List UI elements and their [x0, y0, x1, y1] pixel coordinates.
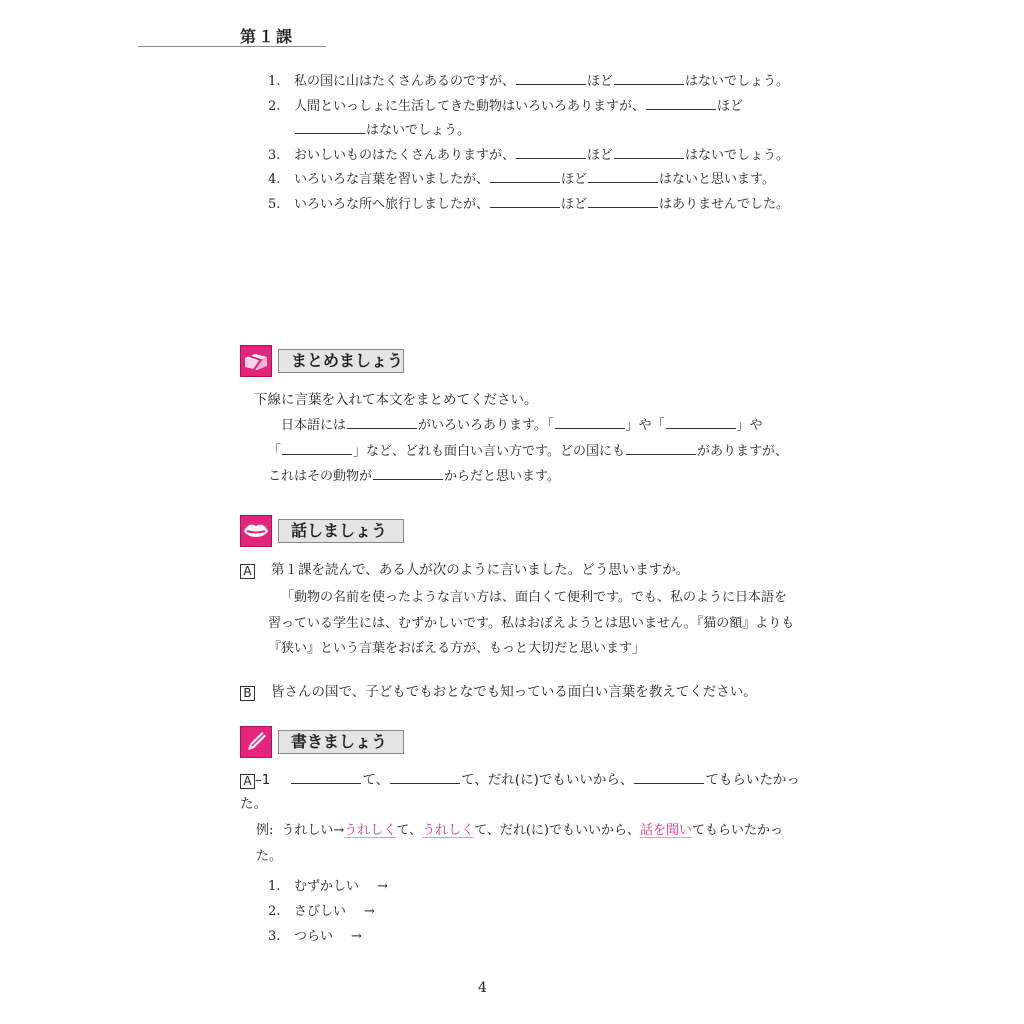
exercise-item: 4. いろいろな言葉を習いましたが、ほどはないと思います。 [268, 168, 798, 193]
write-items: 1.むずかしい→ 2.さびしい→ 3.つらい→ [268, 874, 388, 949]
exercise-list: 1. 私の国に山はたくさんあるのですが、ほどはないでしょう。 2. 人間といっし… [268, 70, 798, 217]
blank [646, 95, 716, 110]
speak-quote: 「動物の名前を使ったような言い方は、面白くて便利です。でも、私のように日本語を習… [268, 585, 796, 662]
label-a: A [240, 774, 255, 789]
text: はありませんでした。 [659, 197, 789, 212]
item-number: 3. [268, 144, 294, 169]
answer-text: 話を聞い [640, 823, 692, 838]
label-a: A [240, 564, 255, 579]
blank [588, 193, 658, 208]
text: ほど [561, 172, 587, 187]
text: はないでしょう。 [366, 123, 470, 138]
question-text: 第１課を読んで、ある人が次のように言いました。どう思いますか。 [271, 562, 689, 578]
blank [516, 70, 586, 85]
blank [588, 168, 658, 183]
item-number: 5. [268, 193, 294, 218]
lesson-title: 第１課 [240, 24, 294, 47]
text: おいしいものはたくさんありますが、 [294, 148, 515, 163]
text: ほど [717, 99, 743, 114]
section-title: 話しましょう [278, 519, 404, 543]
text: はないでしょう。 [685, 148, 789, 163]
exercise-item: 3. おいしいものはたくさんありますが、ほどはないでしょう。 [268, 144, 798, 169]
blank [516, 144, 586, 159]
blank [614, 70, 684, 85]
answer-text: うれしく [344, 823, 396, 838]
text: 人間といっしょに生活してきた動物はいろいろありますが、 [294, 99, 645, 114]
text: いろいろな言葉を習いましたが、 [294, 172, 489, 187]
exercise-item: 5. いろいろな所へ旅行しましたが、ほどはありませんでした。 [268, 193, 798, 218]
text: 私の国に山はたくさんあるのですが、 [294, 74, 515, 89]
item-number: 1. [268, 70, 294, 95]
write-section-header: 書きましょう [240, 726, 404, 758]
blank [614, 144, 684, 159]
write-example: 例:うれしい→うれしくて、うれしくて、だれ(に)でもいいから、話を聞いてもらいた… [256, 818, 801, 869]
summary-paragraph: 日本語にはがいろいろあります。「」や「」や 「」など、どれも面白い言い方です。ど… [268, 413, 798, 490]
question-text: 皆さんの国で、子どもでもおとなでも知っている面白い言葉を教えてください。 [271, 684, 757, 700]
label-b: B [240, 686, 255, 701]
summary-section-header: まとめましょう [240, 345, 404, 377]
page-number: 4 [478, 980, 487, 996]
gift-box-icon [240, 345, 272, 377]
text: はないと思います。 [659, 172, 775, 187]
exercise-item: 2. 人間といっしょに生活してきた動物はいろいろありますが、ほどはないでしょう。 [268, 95, 798, 144]
write-question-a1: A–1て、て、だれ(に)でもいいから、てもらいたかった。 [240, 768, 800, 816]
blank [490, 193, 560, 208]
list-item: 2.さびしい→ [268, 899, 388, 924]
blank [295, 119, 365, 134]
pencil-icon [240, 726, 272, 758]
section-title: まとめましょう [278, 349, 404, 373]
list-item: 1.むずかしい→ [268, 874, 388, 899]
list-item: 3.つらい→ [268, 924, 388, 949]
text: ほど [587, 74, 613, 89]
lesson-header: 第１課 [138, 22, 326, 47]
speak-section-header: 話しましょう [240, 515, 404, 547]
blank [490, 168, 560, 183]
text: ほど [587, 148, 613, 163]
text: ほど [561, 197, 587, 212]
section-title: 書きましょう [278, 730, 404, 754]
label-suffix: –1 [255, 772, 270, 788]
text: はないでしょう。 [685, 74, 789, 89]
summary-instruction: 下線に言葉を入れて本文をまとめてください。 [254, 388, 538, 408]
item-number: 4. [268, 168, 294, 193]
exercise-item: 1. 私の国に山はたくさんあるのですが、ほどはないでしょう。 [268, 70, 798, 95]
lips-icon [240, 515, 272, 547]
speak-question-a: A第１課を読んで、ある人が次のように言いました。どう思いますか。 [240, 558, 689, 579]
answer-text: うれしく [422, 823, 474, 838]
text: いろいろな所へ旅行しましたが、 [294, 197, 489, 212]
item-number: 2. [268, 95, 294, 144]
speak-question-b: B皆さんの国で、子どもでもおとなでも知っている面白い言葉を教えてください。 [240, 680, 757, 701]
